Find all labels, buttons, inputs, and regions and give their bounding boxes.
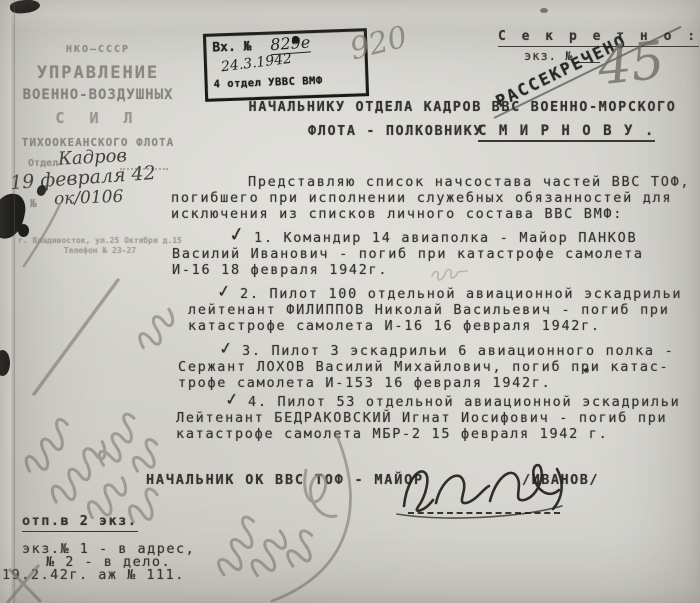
incoming-stamp: Вх. № 829е 24.3.1942 4 отдел УВВС ВМФ	[203, 28, 369, 102]
letterhead-org-line2: УПРАВЛЕНИЕ	[8, 63, 188, 83]
document-scan: НКО—СССР УПРАВЛЕНИЕ ВОЕННО-ВОЗДУШНЫХ С И…	[0, 0, 700, 603]
letterhead-address: г. Владивосток, ул.25 Октября д.15	[0, 236, 200, 245]
pencil-number-920: 920	[347, 20, 411, 68]
intro-line: погибшего при исполнении служебных обяза…	[171, 190, 672, 206]
checkmark-icon: ✓	[228, 221, 245, 248]
signature-name: /ИВАНОВ/	[522, 472, 599, 488]
letterhead-dept-label: Отдел	[28, 158, 58, 169]
item1-line: И-16 18 февраля 1942г.	[172, 262, 388, 278]
intro-line: Представляю список начсостава частей ВВС…	[248, 174, 690, 190]
item2-line: катастрофе самолета И-16 16 февраля 1942…	[188, 318, 601, 334]
ink-blot	[18, 224, 29, 237]
item3-line: 3. Пилот 3 эскадрильи 6 авиационного пол…	[242, 343, 674, 359]
item4-line: Лейтенант БЕДРАКОВСКИЙ Игнат Иосифович -…	[176, 410, 667, 426]
footer-copies-title: отп.в 2 экз.	[22, 513, 138, 532]
letterhead-org-line4: С И Л	[8, 109, 188, 127]
paper-crease	[14, 0, 15, 603]
footer-date-ref: 19.2.42г. аж № 111.	[2, 567, 185, 583]
item1-line: 1. Командир 14 авиаполка - Майор ПАНКОВ	[254, 230, 637, 246]
ink-speck	[584, 368, 589, 373]
pencil-number-45: 45	[595, 31, 667, 98]
heading-line2: ФЛОТА - ПОЛКОВНИКУ	[308, 123, 483, 139]
signature-title: НАЧАЛЬНИК ОК ВВС ТОФ - МАЙОР	[146, 472, 424, 488]
letterhead-org-line1: НКО—СССР	[8, 44, 188, 55]
checkmark-icon: ✓	[217, 279, 231, 302]
ink-speck	[540, 8, 548, 13]
signature-underline	[408, 494, 560, 514]
letterhead-num-label: №	[30, 197, 37, 210]
item1-line: Василий Иванович - погиб при катастрофе …	[172, 246, 644, 262]
item2-line: 2. Пилот 100 отдельной авиационной эскад…	[240, 286, 682, 302]
num-value-handwritten: ок/0106	[54, 187, 124, 209]
checkmark-icon: ✓	[219, 336, 233, 359]
incoming-stamp-unit: 4 отдел УВВС ВМФ	[213, 75, 323, 91]
ink-blot	[0, 350, 10, 376]
heading-line1: НАЧАЛЬНИКУ ОТДЕЛА КАДРОВ ВВС ВОЕННО-МОРС…	[225, 99, 700, 115]
item2-line: лейтенант ФИЛИППОВ Николай Васильевич - …	[188, 302, 670, 318]
item4-line: 4. Пилот 53 отдельной авиационной эскадр…	[248, 394, 680, 410]
letterhead-org-line3: ВОЕННО-ВОЗДУШНЫХ	[0, 87, 196, 103]
heading-addressee-name: С М И Р Н О В У .	[478, 123, 655, 142]
intro-line: исключения из списков личного состава ВВ…	[171, 206, 623, 222]
ink-speck	[292, 36, 299, 43]
item3-line: Сержант ЛОХОВ Василий Михайлович, погиб …	[178, 359, 669, 375]
incoming-stamp-label: Вх. №	[212, 39, 252, 55]
item4-line: катастрофе самолета МБР-2 15 февраля 194…	[176, 426, 608, 442]
letterhead-phone: Телефон № 23-27	[0, 246, 200, 255]
